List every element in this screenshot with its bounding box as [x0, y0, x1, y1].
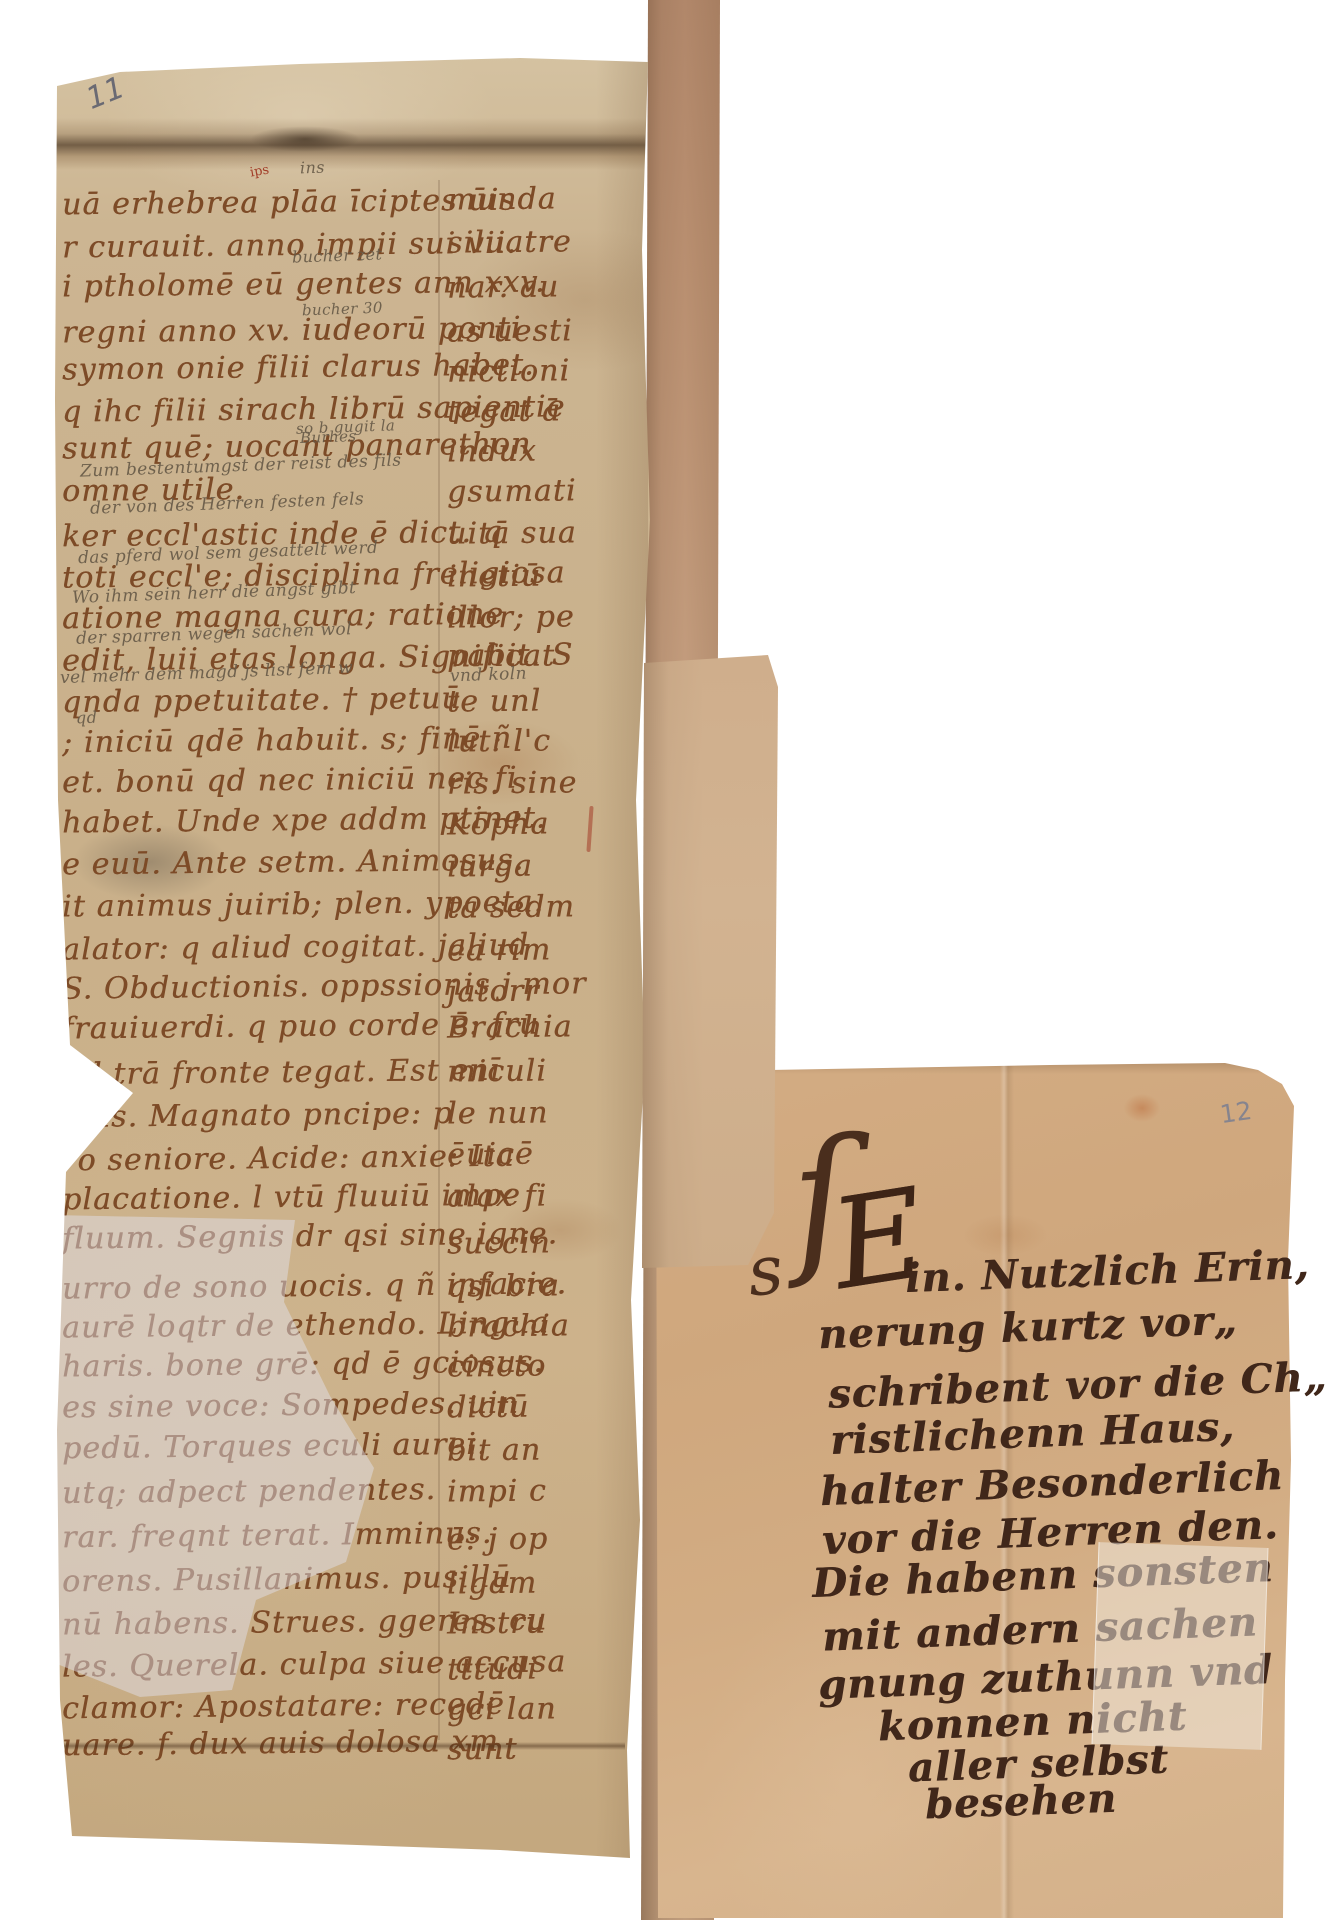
- manuscript-scan: 11 ips uā erhebrea plāa īciptes ūisr…: [0, 0, 1331, 1920]
- text-line: ligam: [447, 1569, 538, 1600]
- text-line: bucher 30: [302, 301, 383, 319]
- folio-number-pencil: 11: [84, 69, 126, 119]
- text-line: jatorr: [447, 977, 540, 1008]
- text-line: cincto: [447, 1351, 547, 1382]
- fold-stain: [250, 126, 360, 152]
- text-line: indux: [447, 437, 537, 468]
- text-line: qd trā fronte tegat. Est enī: [62, 1056, 501, 1091]
- text-line: Burhes: [300, 429, 357, 446]
- text-line: te unl: [447, 687, 541, 718]
- text-line: cius. Magnato pncipe: p: [62, 1099, 453, 1133]
- text-line: ris. sine: [447, 768, 578, 799]
- text-line: brachia: [447, 1311, 570, 1342]
- text-line: as uesti: [447, 316, 573, 347]
- text-line: Kōpha: [447, 809, 550, 840]
- text-line: ins: [300, 160, 325, 177]
- text-line: orens. Pusillanimus. pusillū: [62, 1563, 512, 1598]
- text-line: rar. freqnt terat. Imminus.: [62, 1519, 493, 1554]
- repair-tape-overlay-right: [1092, 1542, 1269, 1750]
- text-line: qd: [76, 710, 98, 727]
- text-line: le nun: [447, 1098, 549, 1129]
- text-line: dictū: [447, 1393, 530, 1424]
- text-line: qnda ppetuitate. † petuū: [62, 684, 462, 718]
- text-line: sunt: [447, 1735, 518, 1766]
- text-line: ta sedm: [447, 892, 575, 923]
- text-line: besehen: [924, 1779, 1117, 1826]
- fold-crease-bottom: [55, 1742, 625, 1750]
- text-line: ; iniciū qdē habuit. s; finē ñ: [62, 724, 513, 759]
- text-line: miculi: [447, 1056, 547, 1087]
- text-line: lut: l'c: [447, 726, 551, 757]
- text-line: alax fi: [447, 1181, 548, 1212]
- text-line: clamor: Apostatare: recedē: [62, 1690, 505, 1725]
- page-number-pencil: 12: [1218, 1096, 1254, 1129]
- text-line: tegat ā: [447, 396, 561, 427]
- text-line: nictioni: [447, 356, 570, 387]
- text-line: gsumati: [447, 476, 577, 507]
- text-line: iurga: [447, 852, 533, 883]
- text-line: qsi bra: [447, 1271, 560, 1302]
- text-line: bit an: [447, 1436, 542, 1467]
- edge-shading: [596, 60, 648, 1860]
- text-line: impi c: [447, 1476, 547, 1507]
- text-line: munda: [447, 184, 557, 215]
- text-line: nar. au: [447, 272, 560, 303]
- red-ink-squiggle: [586, 806, 593, 852]
- text-line: Instru: [447, 1608, 546, 1639]
- text-line: succin: [447, 1228, 551, 1259]
- text-line: ēuicē: [447, 1140, 534, 1171]
- text-line: ea rim: [447, 935, 551, 966]
- text-line: uitā sua: [447, 518, 577, 549]
- red-ink-mark: ips: [249, 162, 270, 180]
- parchment-fragment: 11 ips uā erhebrea plāa īciptes ūisr…: [0, 0, 680, 1880]
- text-line: pedū. Torques eculi aurei.: [62, 1430, 488, 1464]
- paper-tab: [640, 655, 782, 1273]
- text-line: gci lan: [447, 1694, 557, 1725]
- text-line: illor; pe: [447, 602, 575, 633]
- text-line: utq; adpect pendentes.: [62, 1475, 436, 1509]
- text-line: Brachia: [447, 1012, 573, 1043]
- text-line: vnd koln: [450, 666, 528, 686]
- text-line: bucher zet: [292, 246, 383, 265]
- text-line: siluatre: [447, 227, 572, 258]
- text-line: tttudi: [447, 1655, 538, 1686]
- text-line: inetiū: [447, 562, 542, 593]
- text-line: ē: j op: [447, 1524, 549, 1555]
